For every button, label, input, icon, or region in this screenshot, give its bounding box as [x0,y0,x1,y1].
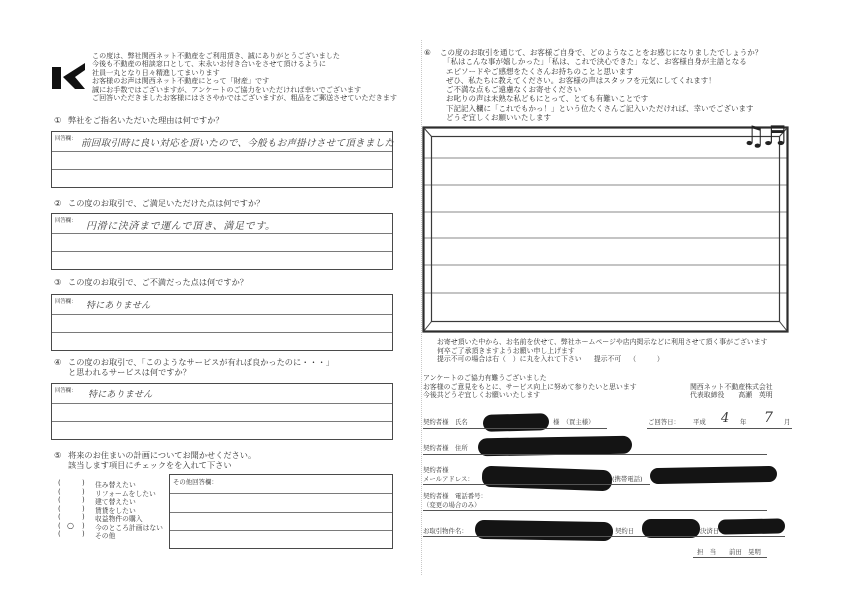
question-text: お叱りの声は未熟な私どもにとって、とても有難いことです [424,94,762,103]
answer-rule [52,151,392,152]
answer-label: 回答欄： [55,297,77,305]
notice-line: お寄せ頂いた中から、お名前を伏せて、弊社ホームページや店内掲示などに利用させて頂… [437,338,767,347]
question-5-heading: ⑤将来のお住まいの計画についてお聞かせください。 該当します項目にチェックをを入… [54,450,256,470]
phone-field[interactable] [423,510,767,511]
question-3-heading: ③この度のお取引で、ご不満だった点は何ですか？ [54,277,248,287]
music-notes-icon: ♫♬ [742,122,784,152]
other-answer-label: その他回答欄： [173,477,218,486]
handwritten-answer: 特にありません [86,298,150,311]
answer-box-1[interactable]: 回答欄： 前回取引時に良い対応を頂いたので、今般もお声掛けさせて頂きました [51,131,393,188]
question-text: と思われるサービスは何ですか？ [54,367,334,377]
publication-notice: お寄せ頂いた中から、お名前を伏せて、弊社ホームページや店内掲示などに利用させて頂… [437,338,767,364]
check-mark: ○ [67,521,74,530]
answer-rule [52,233,392,234]
company-logo [52,63,86,89]
answer-label: 回答欄： [55,134,77,142]
picture-frame-border [422,126,790,334]
email-field[interactable] [423,484,650,485]
k-logo-icon [52,63,86,89]
name-label: 契約者様 氏名 [423,418,468,426]
question-number: ④ [54,357,68,367]
intro-line: ご回答いただきましたお客様にはささやかではございますが、粗品をご郵送させていただ… [92,94,397,102]
question-text: 将来のお住まいの計画についてお聞かせください。 [68,450,256,460]
redaction-email [482,466,613,492]
answer-rule [52,403,392,404]
question-text: 該当します項目にチェックをを入れて下さい [54,460,256,470]
handwritten-month: 7 [764,410,773,426]
mobile-label: (携帯電話) [612,475,643,483]
answer-date-label: ご回答日： [648,418,680,426]
answer-rule [170,512,392,513]
question-number: ③ [54,277,68,287]
phone-label-line1: 契約者様 電話番号： [423,492,487,500]
answer-box-4[interactable]: 回答欄： 特にありません [51,383,393,440]
notice-line: 提示不可の場合は右（ ）に丸を入れて下さい提示不可（ ） [437,355,767,364]
question-6-heading: ⑥この度のお取引を通じて、お客様ご自身で、どのようなことをお感じになりましたでし… [424,48,762,122]
question-text: この度のお取引で、ご不満だった点は何ですか？ [68,277,248,287]
settlement-date-label: 決済日 [700,527,719,535]
answer-label: 回答欄： [55,216,77,224]
phone-label-line2: （変更の場合のみ） [423,501,481,509]
notice-line: 何卒ご了承頂きますようお願い申し上げます [437,347,767,356]
staff-underline [693,557,767,558]
answer-rule [170,493,392,494]
thanks-line: お客様のご意見をもとに、サービス向上に努めて参りたいと思います [423,383,637,392]
handwritten-answer: 前回取引時に良い対応を頂いたので、今般もお声掛けさせて頂きました [81,135,394,149]
address-label: 契約者様 住所 [423,444,468,452]
thanks-text: アンケートのご協力有難うございました お客様のご意見をもとに、サービス向上に努め… [423,374,637,400]
answer-box-3[interactable]: 回答欄： 特にありません [51,294,393,351]
answer-rule [52,314,392,315]
answer-rule [52,421,392,422]
question-number: ① [54,115,68,125]
question-text: エピソードやご感想をたくさんお持ちのことと思います [424,67,762,76]
thanks-line: 今後共どうぞ宜しくお願いいたします [423,391,637,400]
question-text: ぜひ、私たちに教えてください。お客様の声はスタッフを元気にしてくれます！ [424,76,762,85]
staff-in-charge: 担 当 前田 晃明 [697,548,761,556]
question-text: この度のお取引で、ご満足いただけた点は何ですか？ [68,198,264,208]
redaction-settlement-date [718,518,785,534]
redaction-property [475,520,613,541]
question-number: ② [54,198,68,208]
contract-date-label: 契約日 [615,527,634,535]
name-field[interactable] [423,428,607,429]
question-number: ⑤ [54,450,68,460]
answer-box-2[interactable]: 回答欄： 円滑に決済まで運んで頂き、満足です。 [51,213,393,270]
question-text: 「私はこんな事が嬉しかった」「私は、これで決心できた」など、お客様自身が主語とな… [424,57,762,66]
free-comment-frame[interactable]: ♫♬ [422,126,790,334]
intro-text: この度は、弊社関西ネット不動産をご利用頂き、誠にありがとうございました 今後も不… [92,52,397,102]
representative: 代表取締役 高瀬 英明 [690,391,773,400]
handwritten-answer: 円滑に決済まで運んで頂き、満足です。 [86,217,276,232]
signature: 関西ネット不動産株式会社 代表取締役 高瀬 英明 [690,383,773,400]
company-name: 関西ネット不動産株式会社 [690,383,773,392]
address-field[interactable] [423,454,767,455]
answer-date-field[interactable] [647,428,792,429]
question-number: ⑥ [424,48,440,57]
question-1-heading: ①弊社をご指名いただいた理由は何ですか？ [54,115,224,125]
question-text: どうぞ宜しくお願いいたします [424,113,762,122]
handwritten-answer: 特にありません [88,387,152,400]
other-answer-box[interactable]: その他回答欄： [169,474,393,549]
opt-out-checkbox[interactable]: （ ） [629,355,663,363]
property-field[interactable] [423,536,785,537]
thanks-line: アンケートのご協力有難うございました [423,374,637,383]
question-2-heading: ②この度のお取引で、ご満足いただけた点は何ですか？ [54,198,264,208]
name-suffix: 様 （買主様） [553,418,595,426]
option-label: その他 [95,530,115,540]
answer-rule [170,530,392,531]
email-label-line2: メールアドレス： [423,475,474,483]
email-label-line1: 契約者様 [423,466,449,474]
question-4-heading: ④この度のお取引で、「このようなサービスが有れば良かったのに・・・」 と思われる… [54,357,334,377]
property-label: お取引物件名： [423,527,468,535]
answer-rule [52,251,392,252]
answer-rule [52,332,392,333]
answer-label: 回答欄： [55,386,77,394]
month-unit: 月 [784,418,790,426]
opt-out-label: 提示不可 [594,355,622,363]
question-text: 下記記入欄に「これでもかっ！」という位たくさんご記入いただければ、幸いでございま… [424,104,762,113]
question-text: この度のお取引を通じて、お客様ご自身で、どのようなことをお感じになりましたでしょ… [440,48,762,57]
handwritten-year: 4 [721,411,729,426]
redaction-name [483,413,549,432]
question-text: この度のお取引で、「このようなサービスが有れば良かったのに・・・」 [68,357,334,367]
redaction-mobile [650,466,777,484]
era-label: 平成 [693,418,706,426]
answer-rule [52,169,392,170]
question-text: 弊社をご指名いただいた理由は何ですか？ [68,115,224,125]
year-unit: 年 [740,418,746,426]
